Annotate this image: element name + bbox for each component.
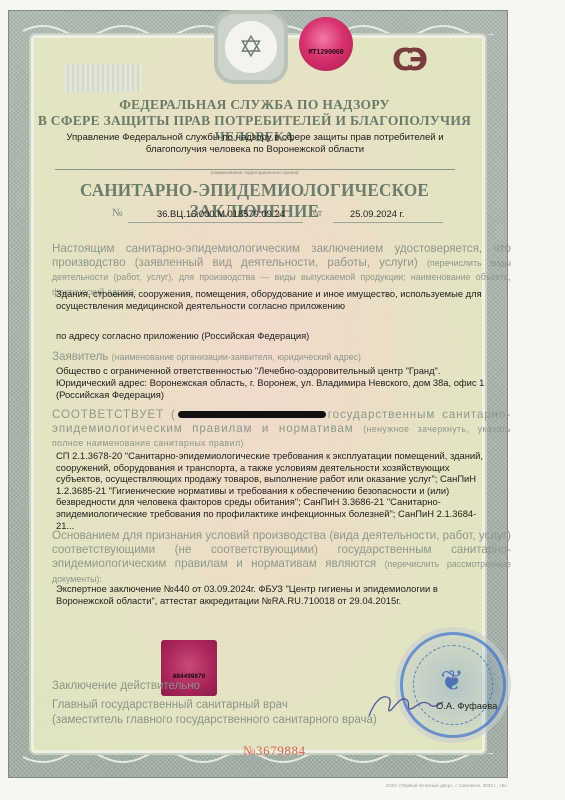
hologram-number: AN4499870: [173, 673, 205, 680]
basis-statement: Основанием для признания условий произво…: [52, 529, 511, 586]
printer-imprint: ООО «Первый печатный двор», г. Смоленск,…: [386, 783, 507, 788]
deputy-doctor-label: (заместитель главного государственного с…: [52, 714, 377, 726]
applicant-legal-address: Юридический адрес: Воронежская область, …: [56, 377, 486, 389]
emblem-badge: ✡: [218, 14, 284, 80]
document-number: 36.ВЦ.16.000.М.018579.09.24: [157, 208, 285, 219]
official-seal-stamp: ❦: [400, 632, 506, 738]
chief-doctor-label: Главный государственный санитарный врач: [52, 699, 288, 711]
sanitary-rules-list: СП 2.1.3678-20 "Санитарно-эпидемиологиче…: [56, 450, 486, 531]
territorial-department: Управление Федеральной службы по надзору…: [60, 132, 450, 156]
date-label: от: [313, 208, 322, 219]
document-date: 25.09.2024 г.: [350, 208, 404, 219]
applicant-label: Заявитель: [52, 350, 108, 363]
double-headed-eagle-icon: ✡: [225, 21, 277, 73]
date-underline: [333, 222, 443, 223]
number-underline: [128, 222, 303, 223]
validity-label: Заключение действительно: [52, 680, 200, 692]
basis-documents: Экспертное заключение №440 от 03.09.2024…: [56, 583, 486, 606]
applicant-name: Общество с ограниченной ответственностью…: [56, 365, 486, 377]
applicant-heading: Заявитель (наименование организации-заяв…: [52, 350, 512, 364]
hologram-number: MT1290069: [308, 49, 343, 57]
security-pattern-patch: [64, 64, 142, 92]
signature: [365, 690, 445, 720]
blank-serial-number: №3679884: [243, 743, 306, 759]
applicant-hint: (наименование организации-заявителя, юри…: [112, 352, 361, 362]
applicant-country: (Российская Федерация): [56, 389, 486, 401]
department-caption: (наименование территориального органа): [28, 170, 481, 175]
agency-name-line1: ФЕДЕРАЛЬНАЯ СЛУЖБА ПО НАДЗОРУ: [28, 97, 481, 113]
object-address: по адресу согласно приложению (Российска…: [56, 330, 486, 342]
number-label: №: [112, 207, 123, 219]
hologram-sticker-top: MT1290069: [299, 17, 353, 71]
signer-name: О.А. Фуфаева: [436, 700, 497, 711]
se-logo-icon: СЭ: [392, 43, 420, 78]
certified-object: Здания, строения, сооружения, помещения,…: [56, 288, 486, 311]
redaction-bar: [178, 411, 326, 418]
compliance-statement: СООТВЕТСТВУЕТ (государственным санитарно…: [52, 408, 511, 451]
compliance-verdict: СООТВЕТСТВУЕТ (: [52, 408, 176, 421]
